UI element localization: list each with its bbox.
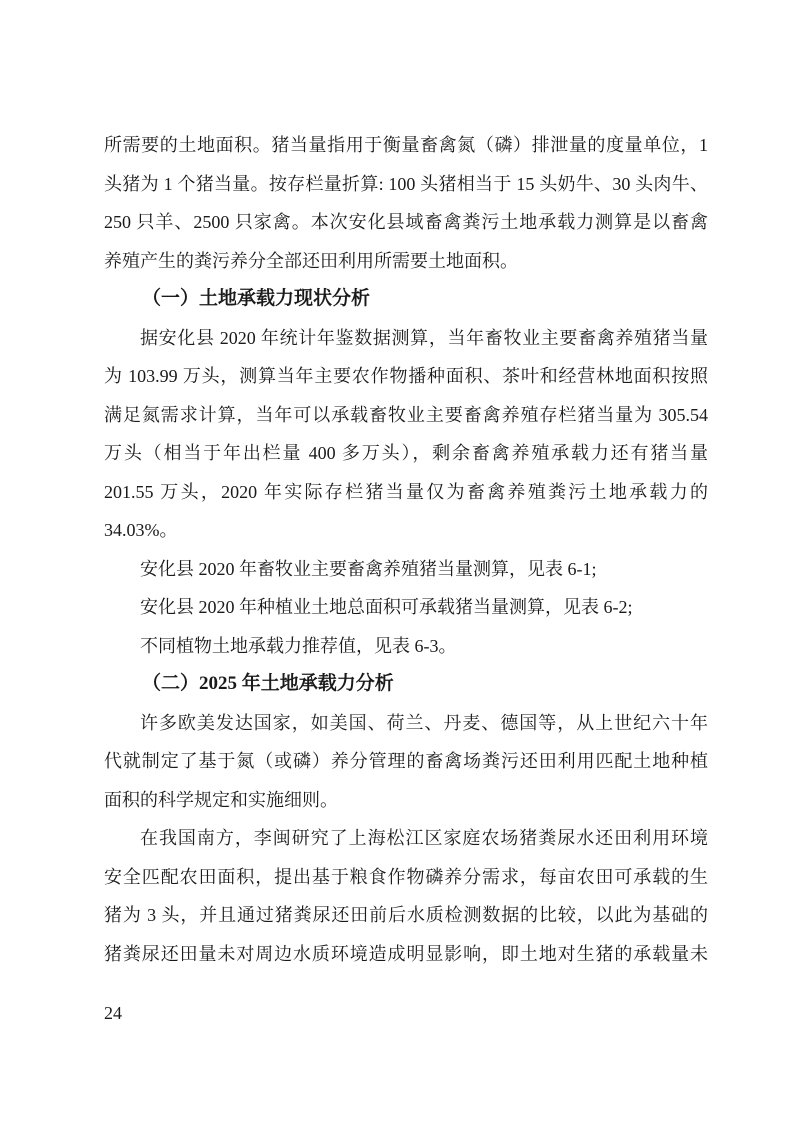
table-reference-line: 安化县 2020 年种植业土地总面积可承载猪当量测算，见表 6-2; (104, 588, 708, 627)
text-line: 面积的科学规定和实施细则。 (104, 781, 708, 820)
section-heading-1: （一）土地承载力现状分析 (104, 280, 708, 319)
text-line: 猪粪尿还田量未对周边水质环境造成明显影响，即土地对生猪的承载量未 (104, 935, 708, 974)
text-line: 安全匹配农田面积，提出基于粮食作物磷养分需求，每亩农田可承载的生 (104, 858, 708, 897)
text-line: 头猪为 1 个猪当量。按存栏量折算: 100 头猪相当于 15 头奶牛、30 头… (104, 165, 708, 204)
text-line: 据安化县 2020 年统计年鉴数据测算，当年畜牧业主要畜禽养殖猪当量 (104, 319, 708, 358)
text-line: 万头（相当于年出栏量 400 多万头），剩余畜禽养殖承载力还有猪当量 (104, 434, 708, 473)
text-line: 34.03%。 (104, 511, 708, 550)
document-body: 所需要的土地面积。猪当量指用于衡量畜禽氮（磷）排泄量的度量单位，1 头猪为 1 … (104, 126, 708, 973)
table-reference-line: 不同植物土地承载力推荐值，见表 6-3。 (104, 627, 708, 666)
text-line: 在我国南方，李闽研究了上海松江区家庭农场猪粪尿水还田利用环境 (104, 819, 708, 858)
table-reference-line: 安化县 2020 年畜牧业主要畜禽养殖猪当量测算，见表 6-1; (104, 550, 708, 589)
text-line: 猪为 3 头，并且通过猪粪尿还田前后水质检测数据的比较，以此为基础的 (104, 896, 708, 935)
text-line: 250 只羊、2500 只家禽。本次安化县域畜禽粪污土地承载力测算是以畜禽 (104, 203, 708, 242)
text-line: 201.55 万头，2020 年实际存栏猪当量仅为畜禽养殖粪污土地承载力的 (104, 473, 708, 512)
text-line: 为 103.99 万头，测算当年主要农作物播种面积、茶叶和经营林地面积按照 (104, 357, 708, 396)
text-line: 代就制定了基于氮（或磷）养分管理的畜禽场粪污还田利用匹配土地种植 (104, 742, 708, 781)
page-number: 24 (104, 1000, 122, 1026)
text-line: 许多欧美发达国家，如美国、荷兰、丹麦、德国等，从上世纪六十年 (104, 704, 708, 743)
document-page: 所需要的土地面积。猪当量指用于衡量畜禽氮（磷）排泄量的度量单位，1 头猪为 1 … (0, 0, 793, 1122)
text-line: 满足氮需求计算，当年可以承载畜牧业主要畜禽养殖存栏猪当量为 305.54 (104, 396, 708, 435)
section-heading-2: （二）2025 年土地承载力分析 (104, 665, 708, 704)
text-line: 养殖产生的粪污养分全部还田利用所需要土地面积。 (104, 242, 708, 281)
text-line: 所需要的土地面积。猪当量指用于衡量畜禽氮（磷）排泄量的度量单位，1 (104, 126, 708, 165)
